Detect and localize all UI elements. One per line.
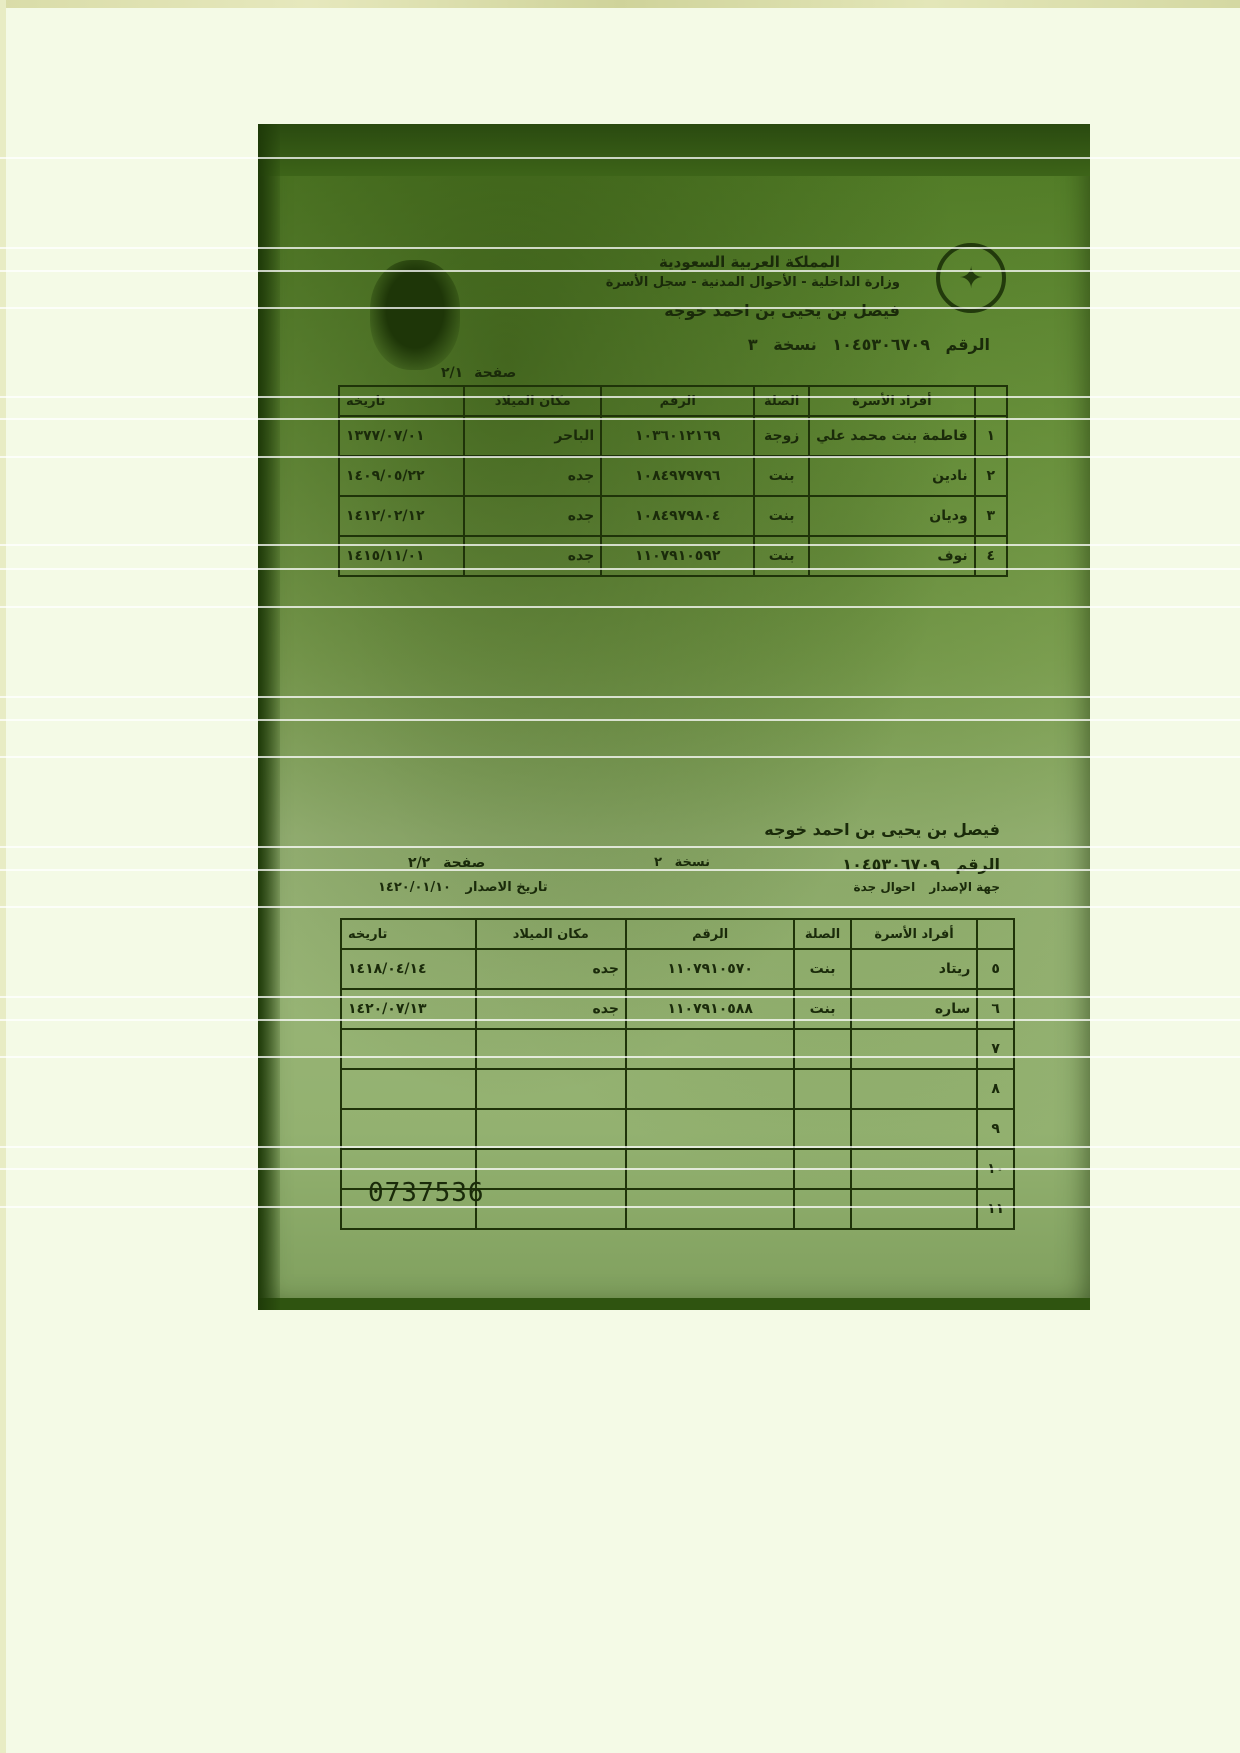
- scan-streak: [0, 1146, 1240, 1148]
- member-name: وديان: [809, 496, 975, 536]
- family-members-table: أفراد الأسرة الصلة الرقم مكان الميلاد تا…: [338, 385, 1008, 577]
- member-birthdate: ١٤١٨/٠٤/١٤: [341, 949, 476, 989]
- issue-date-line: تاريخ الاصدار ١٤٢٠/٠١/١٠: [368, 880, 548, 895]
- scan-streak: [0, 157, 1240, 159]
- scan-streak: [0, 568, 1240, 570]
- table-row: ٩: [341, 1109, 1014, 1149]
- copy-number: ٢: [654, 855, 662, 870]
- member-birthdate: [341, 1109, 476, 1149]
- col-relation: الصلة: [754, 386, 809, 416]
- member-birthplace: [476, 1029, 626, 1069]
- col-relation: الصلة: [794, 919, 850, 949]
- member-number: [626, 1189, 794, 1229]
- col-birthplace: مكان الميلاد: [476, 919, 626, 949]
- row-index: ٥: [977, 949, 1014, 989]
- row-index: ١١: [977, 1189, 1014, 1229]
- issue-date-label: تاريخ الاصدار: [466, 880, 548, 895]
- member-number: ١٠٨٤٩٧٩٨٠٤: [601, 496, 754, 536]
- scan-streak: [0, 1206, 1240, 1208]
- kingdom-title: المملكة العربية السعودية: [659, 253, 840, 271]
- page-indicator: صفحة ٢/١: [435, 365, 516, 381]
- table-row: ٨: [341, 1069, 1014, 1109]
- scan-streak: [0, 606, 1240, 608]
- col-members: أفراد الأسرة: [851, 919, 978, 949]
- member-name: [851, 1029, 978, 1069]
- scan-streak: [0, 307, 1240, 309]
- row-index: ٩: [977, 1109, 1014, 1149]
- table-row: ٢ نادين بنت ١٠٨٤٩٧٩٧٩٦ جده ١٤٠٩/٠٥/٢٢: [339, 456, 1007, 496]
- col-members: أفراد الأسرة: [809, 386, 975, 416]
- issuer-value: احوال جدة: [854, 880, 916, 894]
- row-index: ٣: [975, 496, 1007, 536]
- page-edge-left: [0, 0, 6, 1753]
- table-row: ١ فاطمة بنت محمد علي زوجة ١٠٣٦٠١٢١٦٩ الب…: [339, 416, 1007, 456]
- member-relation: [794, 1109, 850, 1149]
- table-header-row: أفراد الأسرة الصلة الرقم مكان الميلاد تا…: [339, 386, 1007, 416]
- table-row: ٦ ساره بنت ١١٠٧٩١٠٥٨٨ جده ١٤٢٠/٠٧/١٣: [341, 989, 1014, 1029]
- row-index: ٨: [977, 1069, 1014, 1109]
- table-row: ٥ ريتاد بنت ١١٠٧٩١٠٥٧٠ جده ١٤١٨/٠٤/١٤: [341, 949, 1014, 989]
- member-birthdate: ١٤١٢/٠٢/١٢: [339, 496, 464, 536]
- holder-photo: [370, 260, 460, 370]
- member-name: ريتاد: [851, 949, 978, 989]
- id-line: الرقم ١٠٤٥٣٠٦٧٠٩: [832, 855, 1000, 874]
- member-number: ١١٠٧٩١٠٥٩٢: [601, 536, 754, 576]
- scan-streak: [0, 396, 1240, 398]
- scan-streak: [0, 996, 1240, 998]
- col-index: [975, 386, 1007, 416]
- copy-label: نسخة: [675, 855, 710, 870]
- table-row: ٧: [341, 1029, 1014, 1069]
- id-number: ١٠٤٥٣٠٦٧٠٩: [842, 855, 940, 874]
- id-label: الرقم: [946, 335, 990, 354]
- scan-streak: [0, 270, 1240, 272]
- member-number: ١١٠٧٩١٠٥٧٠: [626, 949, 794, 989]
- member-number: [626, 1029, 794, 1069]
- table-row: ٣ وديان بنت ١٠٨٤٩٧٩٨٠٤ جده ١٤١٢/٠٢/١٢: [339, 496, 1007, 536]
- register-card-page-1: ✦ المملكة العربية السعودية وزارة الداخلي…: [330, 225, 1020, 615]
- scan-streak: [0, 1168, 1240, 1170]
- member-birthplace: الباحر: [464, 416, 601, 456]
- scan-streak: [0, 247, 1240, 249]
- row-index: ٦: [977, 989, 1014, 1029]
- scan-streak: [0, 756, 1240, 758]
- scan-border-bottom: [258, 1298, 1090, 1310]
- issuer-line: جهة الإصدار احوال جدة: [844, 880, 1000, 894]
- member-name: نوف: [809, 536, 975, 576]
- col-birthdate: تاريخه: [341, 919, 476, 949]
- member-birthplace: جده: [476, 949, 626, 989]
- scan-streak: [0, 456, 1240, 458]
- member-number: ١٠٣٦٠١٢١٦٩: [601, 416, 754, 456]
- serial-number: 0737536: [368, 1178, 485, 1208]
- member-name: ساره: [851, 989, 978, 1029]
- member-birthplace: جده: [476, 989, 626, 1029]
- holder-name: فيصل بن يحيى بن احمد خوجه: [664, 301, 900, 320]
- member-birthplace: جده: [464, 496, 601, 536]
- register-card-page-2: فيصل بن يحيى بن احمد خوجه الرقم ١٠٤٥٣٠٦٧…: [340, 800, 1020, 1220]
- member-birthdate: ١٤٠٩/٠٥/٢٢: [339, 456, 464, 496]
- issue-date-value: ١٤٢٠/٠١/١٠: [378, 880, 451, 895]
- member-birthdate: ١٤٢٠/٠٧/١٣: [341, 989, 476, 1029]
- member-birthplace: جده: [464, 536, 601, 576]
- member-relation: [794, 1189, 850, 1229]
- member-relation: بنت: [794, 949, 850, 989]
- member-birthplace: [476, 1109, 626, 1149]
- saudi-emblem-icon: ✦: [936, 243, 1006, 313]
- scan-streak: [0, 906, 1240, 908]
- table-row: ٤ نوف بنت ١١٠٧٩١٠٥٩٢ جده ١٤١٥/١١/٠١: [339, 536, 1007, 576]
- page-value: ٢/١: [441, 365, 463, 381]
- member-number: [626, 1069, 794, 1109]
- copy-label: نسخة: [773, 335, 817, 354]
- table-header-row: أفراد الأسرة الصلة الرقم مكان الميلاد تا…: [341, 919, 1014, 949]
- copy-number: ٣: [748, 335, 758, 354]
- member-birthdate: ١٤١٥/١١/٠١: [339, 536, 464, 576]
- member-name: فاطمة بنت محمد علي: [809, 416, 975, 456]
- member-relation: [794, 1029, 850, 1069]
- member-birthdate: [341, 1069, 476, 1109]
- col-birthplace: مكان الميلاد: [464, 386, 601, 416]
- col-index: [977, 919, 1014, 949]
- copy-line: نسخة ٢: [646, 855, 710, 870]
- id-label: الرقم: [956, 855, 1000, 874]
- scan-streak: [0, 719, 1240, 721]
- scan-streak: [0, 696, 1240, 698]
- row-index: ٢: [975, 456, 1007, 496]
- row-index: ٧: [977, 1029, 1014, 1069]
- member-birthdate: ١٣٧٧/٠٧/٠١: [339, 416, 464, 456]
- row-index: ٤: [975, 536, 1007, 576]
- scan-streak: [0, 544, 1240, 546]
- member-birthdate: [341, 1029, 476, 1069]
- member-name: [851, 1189, 978, 1229]
- page-edge-top: [0, 0, 1240, 8]
- scan-streak: [0, 418, 1240, 420]
- id-line: الرقم ١٠٤٥٣٠٦٧٠٩ نسخة ٣: [738, 335, 990, 354]
- member-name: [851, 1109, 978, 1149]
- holder-name: فيصل بن يحيى بن احمد خوجه: [764, 820, 1000, 839]
- scan-streak: [0, 1056, 1240, 1058]
- scan-streak: [0, 846, 1240, 848]
- row-index: ١: [975, 416, 1007, 456]
- member-number: [626, 1109, 794, 1149]
- col-number: الرقم: [601, 386, 754, 416]
- member-relation: [794, 1069, 850, 1109]
- member-birthplace: [476, 1189, 626, 1229]
- issuer-label: جهة الإصدار: [929, 880, 1000, 894]
- member-relation: زوجة: [754, 416, 809, 456]
- scan-streak: [0, 869, 1240, 871]
- member-relation: بنت: [754, 456, 809, 496]
- member-number: ١١٠٧٩١٠٥٨٨: [626, 989, 794, 1029]
- member-birthplace: [476, 1069, 626, 1109]
- col-number: الرقم: [626, 919, 794, 949]
- id-number: ١٠٤٥٣٠٦٧٠٩: [832, 335, 930, 354]
- page-label: صفحة: [474, 365, 516, 381]
- col-birthdate: تاريخه: [339, 386, 464, 416]
- member-name: [851, 1069, 978, 1109]
- member-name: نادين: [809, 456, 975, 496]
- scan-streak: [0, 1019, 1240, 1021]
- member-number: ١٠٨٤٩٧٩٧٩٦: [601, 456, 754, 496]
- member-relation: بنت: [794, 989, 850, 1029]
- ministry-title: وزارة الداخلية - الأحوال المدنية - سجل ا…: [606, 275, 900, 290]
- member-relation: بنت: [754, 536, 809, 576]
- member-relation: بنت: [754, 496, 809, 536]
- member-birthplace: جده: [464, 456, 601, 496]
